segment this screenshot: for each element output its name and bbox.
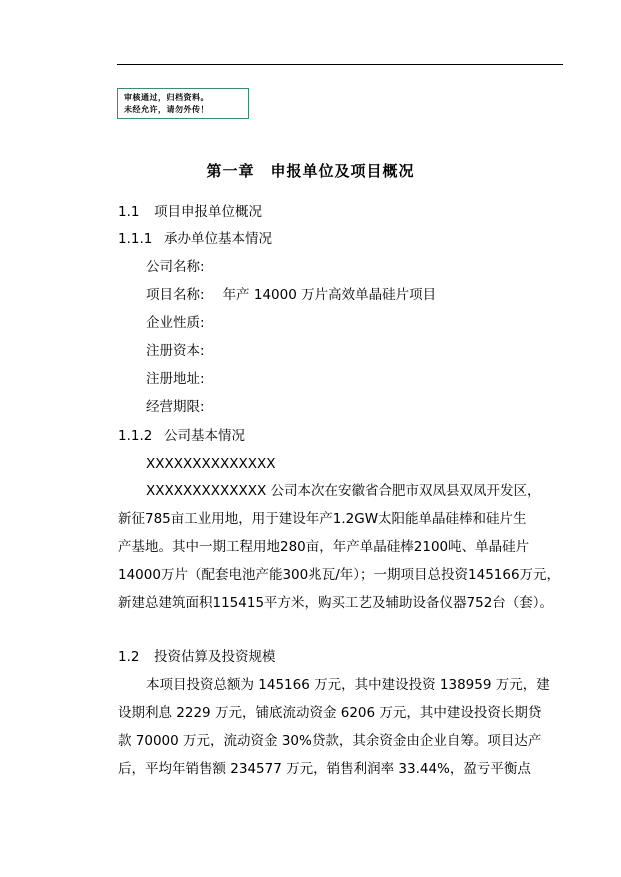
section-number: 1.1.2 xyxy=(118,427,164,445)
section-number: 1.1 xyxy=(118,203,154,221)
field-project-name: 项目名称:年产 14000 万片高效单晶硅片项目 xyxy=(146,286,436,304)
section-heading-1-1-2: 1.1.2公司基本情况 xyxy=(118,427,245,445)
paragraph-line: 新征785亩工业用地，用于建设年产1.2GW太阳能单晶硅棒和硅片生 xyxy=(118,510,563,528)
section-title: 承办单位基本情况 xyxy=(164,231,272,247)
field-label: 注册地址: xyxy=(146,371,205,387)
section-heading-1-1: 1.1项目申报单位概况 xyxy=(118,203,262,221)
field-label: 项目名称: xyxy=(146,287,205,303)
field-label: 经营期限: xyxy=(146,399,205,415)
field-business-term: 经营期限: xyxy=(146,398,223,416)
header-rule xyxy=(117,64,563,65)
section-number: 1.1.1 xyxy=(118,230,164,248)
archive-stamp: 审核通过，归档资料。 未经允许，请勿外传！ xyxy=(117,88,249,119)
section-number: 1.2 xyxy=(118,648,154,666)
section-heading-1-2: 1.2投资估算及投资规模 xyxy=(118,648,276,666)
section-heading-1-1-1: 1.1.1承办单位基本情况 xyxy=(118,230,272,248)
paragraph-line: 款 70000 万元，流动资金 30%贷款，其余资金由企业自筹。项目达产 xyxy=(118,732,563,750)
stamp-line-1: 审核通过，归档资料。 xyxy=(124,92,248,104)
field-value: 年产 14000 万片高效单晶硅片项目 xyxy=(223,287,437,303)
field-label: 企业性质: xyxy=(146,315,205,331)
paragraph-line: 后，平均年销售额 234577 万元，销售利润率 33.44%，盈亏平衡点 xyxy=(118,760,563,778)
paragraph-line: 14000万片（配套电池产能300兆瓦/年）；一期项目总投资145166万元， xyxy=(118,566,563,584)
paragraph-line: 新建总建筑面积115415平方米，购买工艺及辅助设备仪器752台（套）。 xyxy=(118,594,563,612)
section-title: 项目申报单位概况 xyxy=(154,204,262,220)
field-enterprise-type: 企业性质: xyxy=(146,314,223,332)
stamp-line-2: 未经允许，请勿外传！ xyxy=(124,104,248,116)
field-label: 公司名称: xyxy=(146,259,205,275)
field-company-name: 公司名称: xyxy=(146,258,223,276)
company-placeholder: XXXXXXXXXXXXXX xyxy=(146,455,275,473)
chapter-title: 第一章 申报单位及项目概况 xyxy=(0,160,621,181)
paragraph-line: 设期利息 2229 万元，铺底流动资金 6206 万元，其中建设投资长期贷 xyxy=(118,704,563,722)
paragraph-line: 产基地。其中一期工程用地280亩，年产单晶硅棒2100吨、单晶硅片 xyxy=(118,538,563,556)
field-label: 注册资本: xyxy=(146,343,205,359)
section-title: 投资估算及投资规模 xyxy=(154,649,276,665)
field-registered-address: 注册地址: xyxy=(146,370,223,388)
section-title: 公司基本情况 xyxy=(164,428,245,444)
paragraph-line: XXXXXXXXXXXXX 公司本次在安徽省合肥市双凤县双凤开发区， xyxy=(146,482,541,500)
paragraph-line: 本项目投资总额为 145166 万元，其中建设投资 138959 万元，建 xyxy=(146,676,550,694)
field-registered-capital: 注册资本: xyxy=(146,342,223,360)
